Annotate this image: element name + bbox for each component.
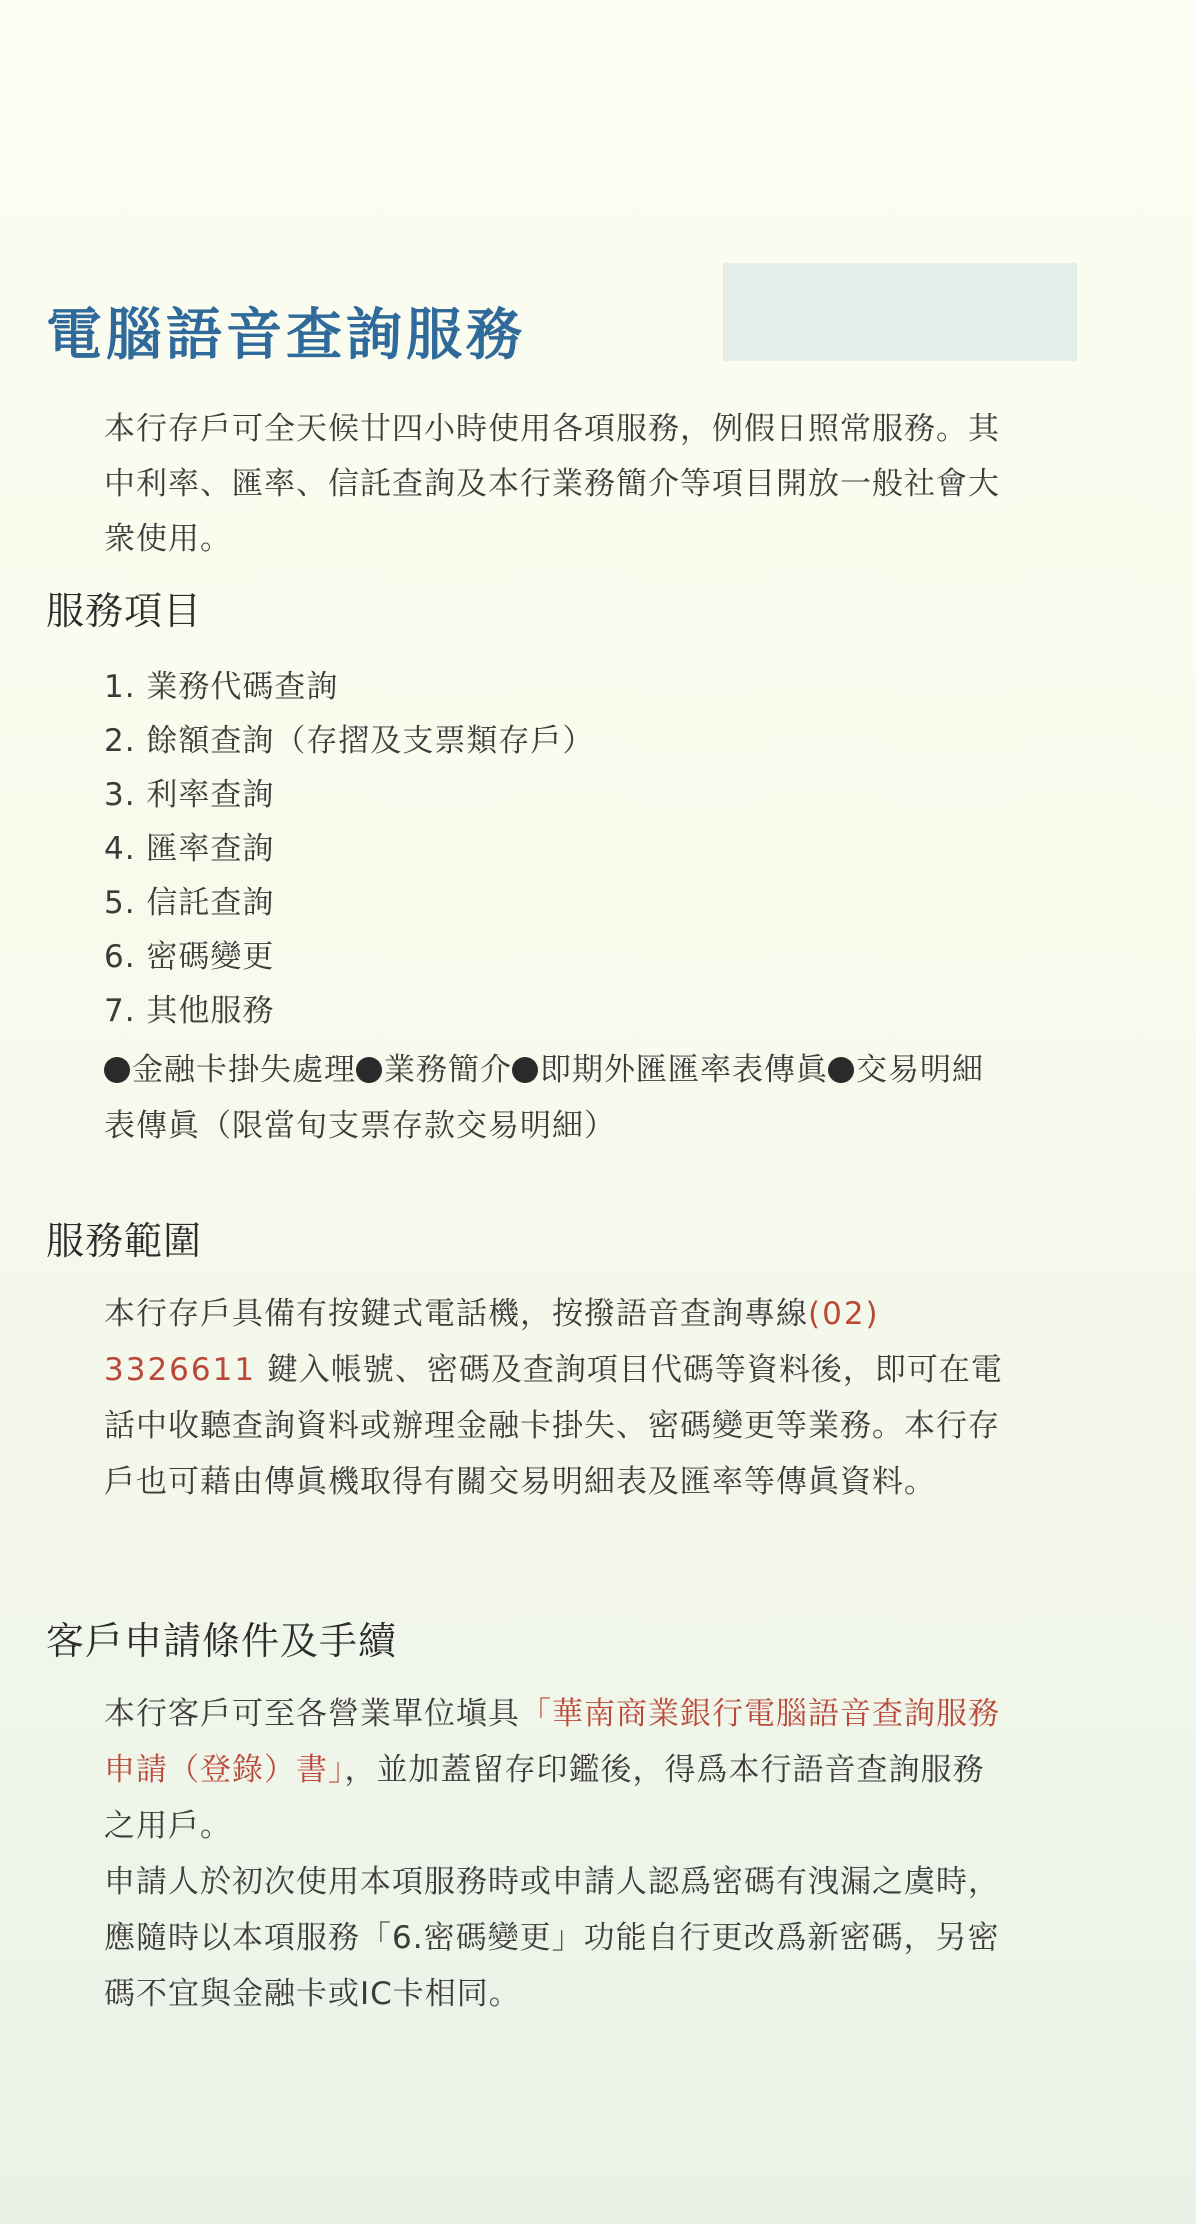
other-service-item: 金融卡掛失處理 xyxy=(132,1052,356,1088)
other-service-item: 業務簡介 xyxy=(384,1052,512,1088)
heading-service-items: 服務項目 xyxy=(46,592,202,630)
service-scope-paragraph: 本行存戶具備有按鍵式電話機，按撥語音查詢專線(02) 3326611 鍵入帳號、… xyxy=(104,1286,1004,1510)
service-scope-text: 本行存戶具備有按鍵式電話機，按撥語音查詢專線 xyxy=(104,1296,808,1332)
bullet-icon xyxy=(828,1057,854,1083)
list-item: 6. 密碼變更 xyxy=(104,930,594,984)
bullet-icon xyxy=(104,1057,130,1083)
list-item: 4. 匯率查詢 xyxy=(104,822,594,876)
other-services-list: 金融卡掛失處理業務簡介即期外匯匯率表傳眞交易明細表傳眞（限當旬支票存款交易明細） xyxy=(104,1042,1004,1154)
application-paragraph-2: 申請人於初次使用本項服務時或申請人認爲密碼有洩漏之虞時，應隨時以本項服務「6.密… xyxy=(104,1854,1004,2022)
brochure-page: 電腦語音查詢服務 本行存戶可全天候廿四小時使用各項服務，例假日照常服務。其中利率… xyxy=(0,0,1196,2224)
decorative-band xyxy=(723,263,1077,361)
bullet-icon xyxy=(356,1057,382,1083)
heading-service-scope: 服務範圍 xyxy=(46,1222,202,1260)
bullet-icon xyxy=(512,1057,538,1083)
service-items-list: 1. 業務代碼查詢 2. 餘額查詢（存摺及支票類存戶） 3. 利率查詢 4. 匯… xyxy=(104,660,594,1038)
intro-paragraph: 本行存戶可全天候廿四小時使用各項服務，例假日照常服務。其中利率、匯率、信託查詢及… xyxy=(104,402,1004,567)
list-item: 3. 利率查詢 xyxy=(104,768,594,822)
list-item: 7. 其他服務 xyxy=(104,984,594,1038)
list-item: 5. 信託查詢 xyxy=(104,876,594,930)
other-service-item: 即期外匯匯率表傳眞 xyxy=(540,1052,828,1088)
heading-application: 客戶申請條件及手續 xyxy=(46,1622,397,1660)
page-title: 電腦語音查詢服務 xyxy=(46,308,526,364)
list-item: 2. 餘額查詢（存摺及支票類存戶） xyxy=(104,714,594,768)
application-paragraph-1: 本行客戶可至各營業單位塡具「華南商業銀行電腦語音查詢服務申請（登錄）書」，並加蓋… xyxy=(104,1686,1004,1854)
application-text: 本行客戶可至各營業單位塡具 xyxy=(104,1696,520,1732)
list-item: 1. 業務代碼查詢 xyxy=(104,660,594,714)
